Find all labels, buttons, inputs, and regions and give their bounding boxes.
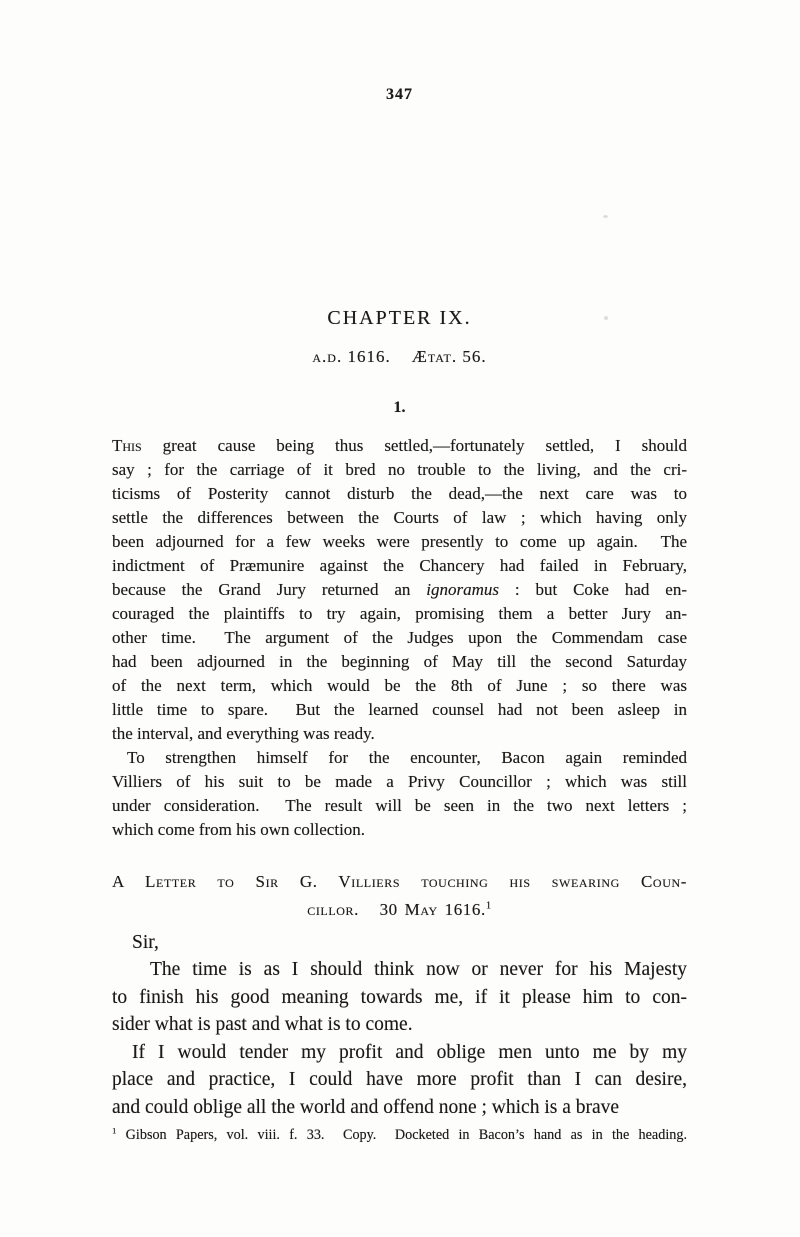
narrative-paragraph-2: To strengthen himself for the encounter,… bbox=[112, 746, 687, 842]
chapter-dateline: a.d. 1616. Ætat. 56. bbox=[112, 346, 687, 368]
letter-paragraph-1: The time is as I should think now or nev… bbox=[112, 956, 687, 1039]
book-page: 347 CHAPTER IX. a.d. 1616. Ætat. 56. 1. … bbox=[0, 0, 800, 1237]
letter-heading: A Letter to Sir G. Villiers touching his… bbox=[112, 868, 687, 924]
letter-paragraph-2: If I would tender my profit and oblige m… bbox=[112, 1039, 687, 1122]
letter-salutation: Sir, bbox=[112, 929, 687, 956]
footnote: 1 Gibson Papers, vol. viii. f. 33. Copy.… bbox=[112, 1126, 687, 1145]
text-column: 347 CHAPTER IX. a.d. 1616. Ætat. 56. 1. … bbox=[112, 0, 687, 1145]
section-number: 1. bbox=[112, 398, 687, 418]
narrative-paragraph-1: This great cause being thus settled,—for… bbox=[112, 434, 687, 746]
page-number: 347 bbox=[112, 85, 687, 105]
chapter-title: CHAPTER IX. bbox=[112, 306, 687, 330]
